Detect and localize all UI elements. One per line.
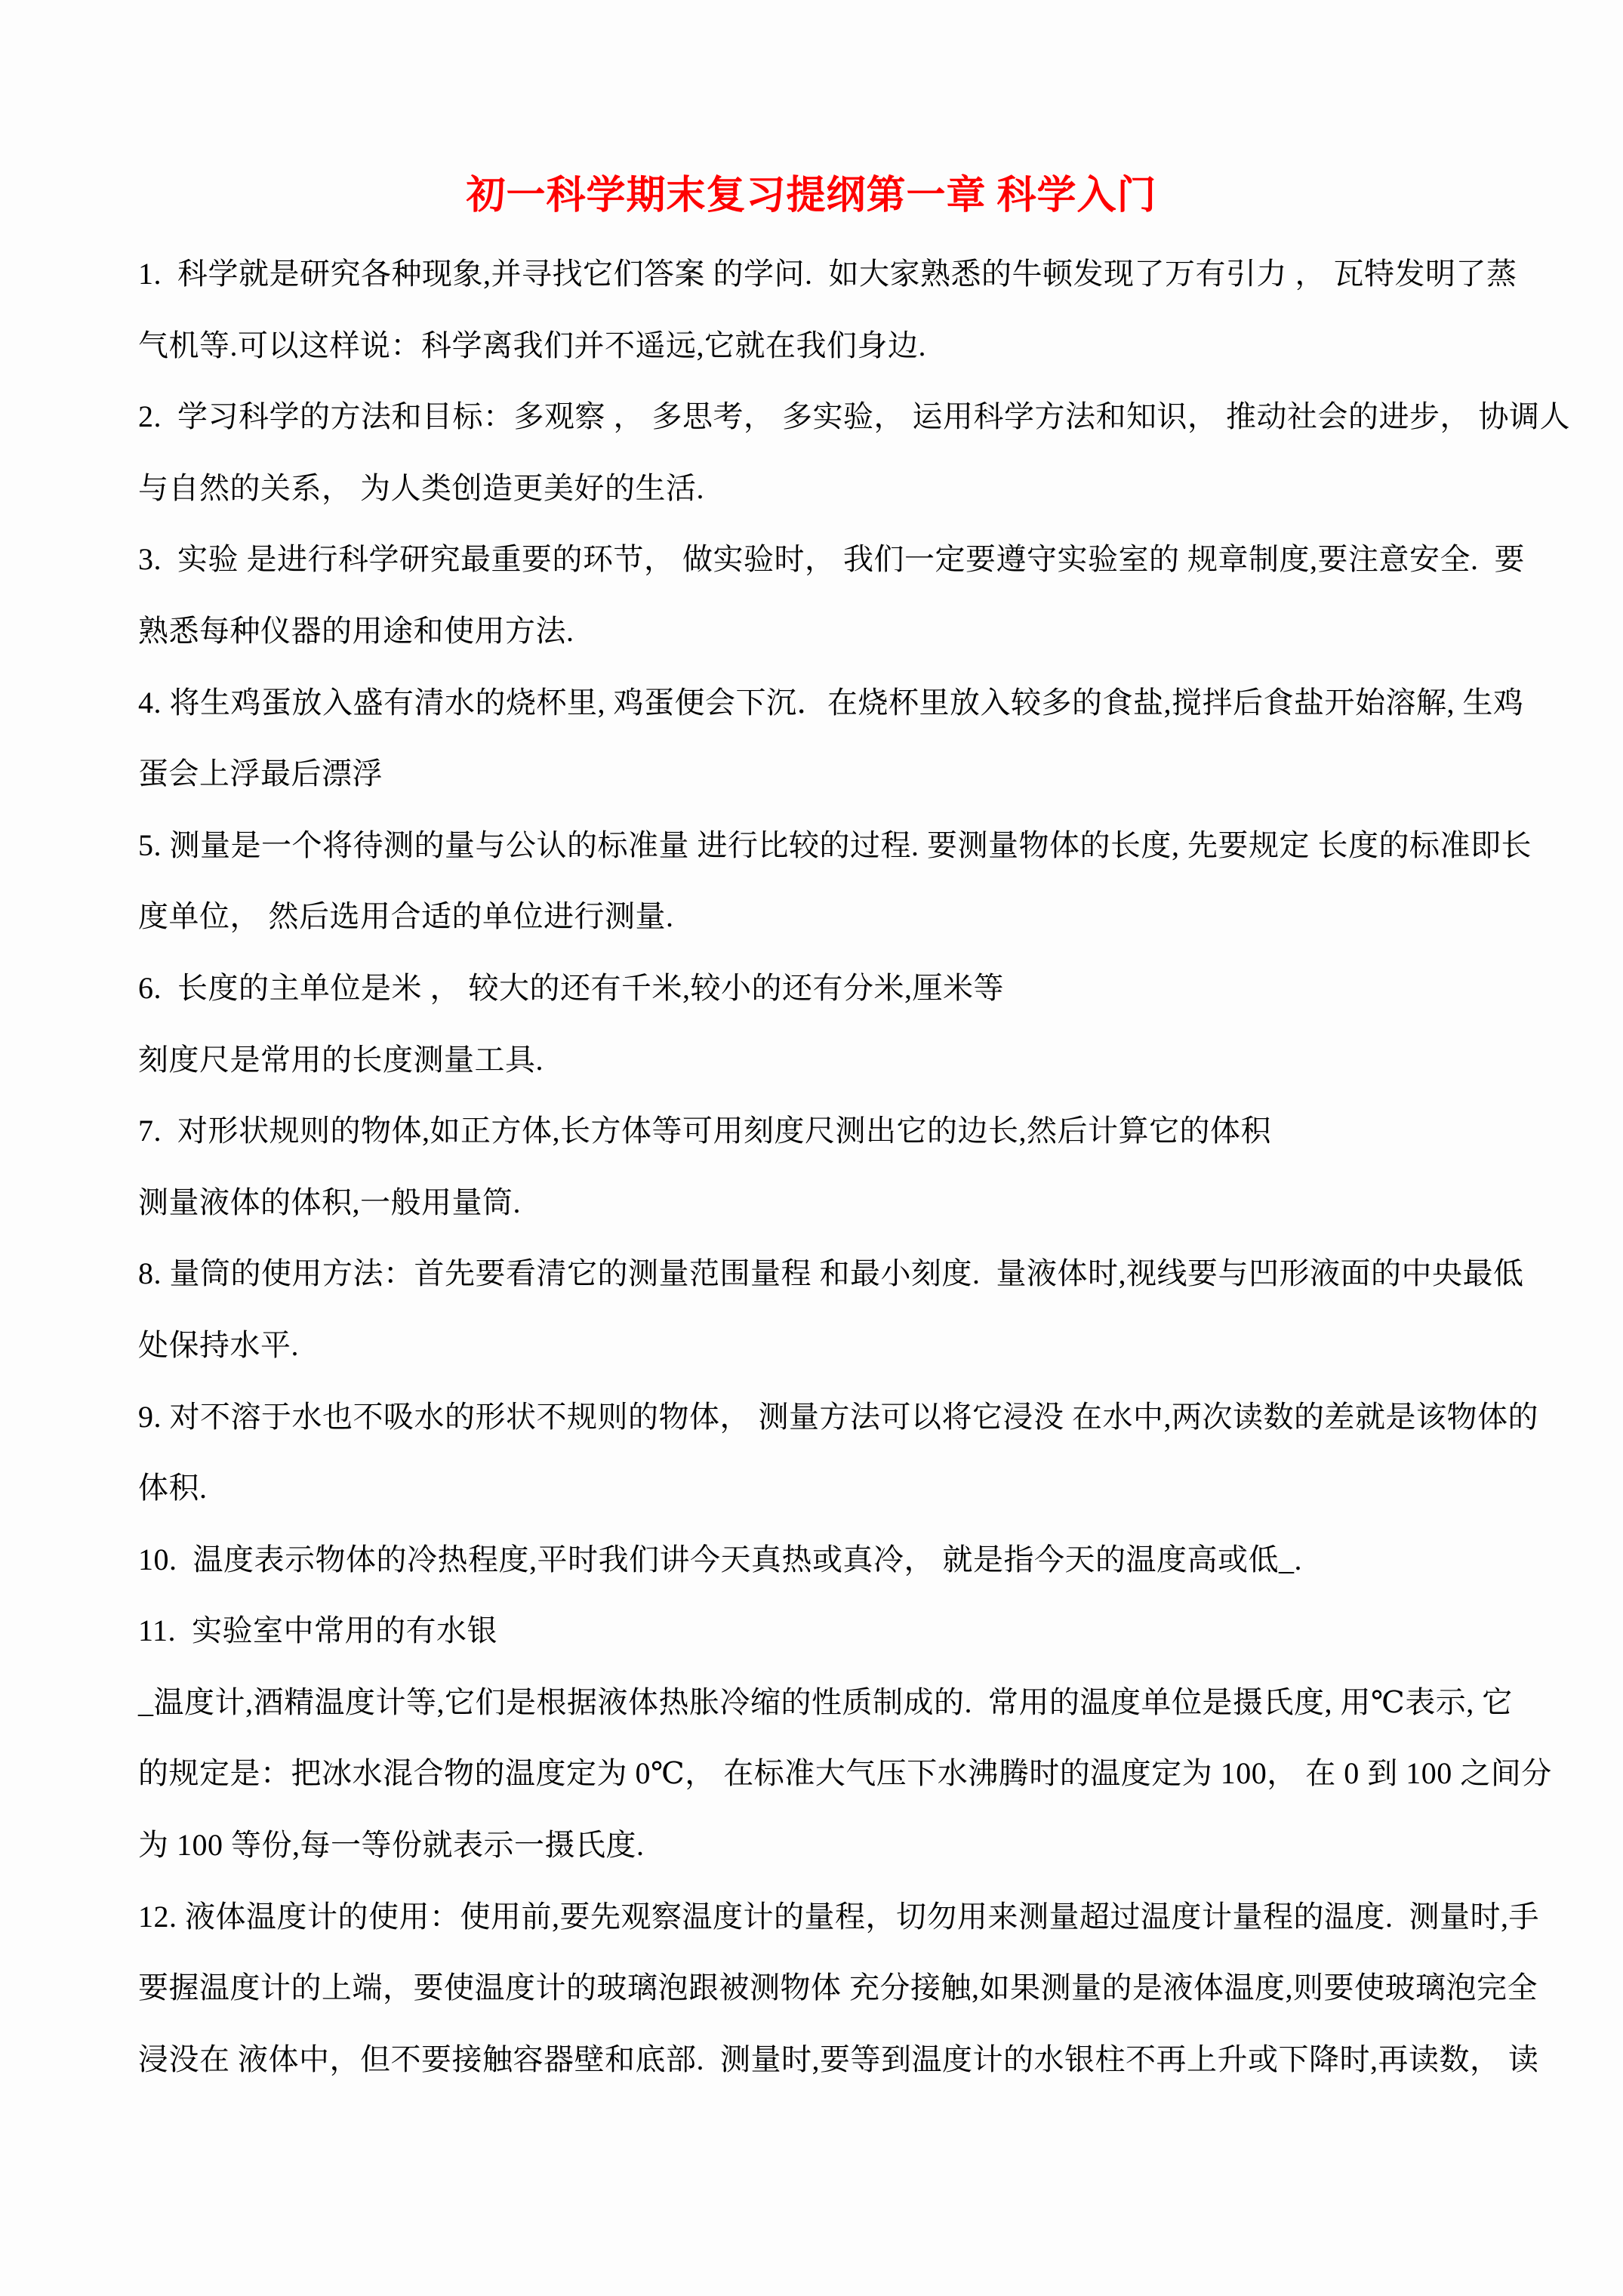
text-line: 5. 测量是一个将待测的量与公认的标准量 进行比较的过程. 要测量物体的长度, … (138, 810, 1510, 882)
text-line: 蛋会上浮最后漂浮 (138, 738, 1510, 810)
text-line: 熟悉每种仪器的用途和使用方法. (138, 596, 1510, 667)
page-title: 初一科学期末复习提纲第一章 科学入门 (0, 172, 1623, 220)
text-line: 浸没在 液体中，但不要接触容器壁和底部. 测量时,要等到温度计的水银柱不再上升或… (138, 2024, 1510, 2096)
text-line: 测量液体的体积,一般用量筒. (138, 1167, 1510, 1239)
text-line: 10. 温度表示物体的冷热程度,平时我们讲今天真热或真冷， 就是指今天的温度高或… (138, 1524, 1510, 1596)
text-line: 9. 对不溶于水也不吸水的形状不规则的物体， 测量方法可以将它浸没 在水中,两次… (138, 1382, 1510, 1453)
text-line: 3. 实验 是进行科学研究最重要的环节， 做实验时， 我们一定要遵守实验室的 规… (138, 524, 1510, 596)
document-page: 初一科学期末复习提纲第一章 科学入门 1. 科学就是研究各种现象,并寻找它们答案… (0, 0, 1623, 2296)
text-line: _温度计,酒精温度计等,它们是根据液体热胀冷缩的性质制成的. 常用的温度单位是摄… (138, 1667, 1510, 1739)
text-line: 气机等.可以这样说：科学离我们并不遥远,它就在我们身边. (138, 310, 1510, 382)
text-line: 刻度尺是常用的长度测量工具. (138, 1025, 1510, 1096)
text-line: 4. 将生鸡蛋放入盛有清水的烧杯里, 鸡蛋便会下沉．在烧杯里放入较多的食盐,搅拌… (138, 667, 1510, 739)
text-line: 要握温度计的上端，要使温度计的玻璃泡跟被测物体 充分接触,如果测量的是液体温度,… (138, 1952, 1510, 2024)
text-line: 8. 量筒的使用方法：首先要看清它的测量范围量程 和最小刻度. 量液体时,视线要… (138, 1238, 1510, 1310)
text-line: 12. 液体温度计的使用：使用前,要先观察温度计的量程，切勿用来测量超过温度计量… (138, 1881, 1510, 1953)
text-line: 体积. (138, 1453, 1510, 1524)
text-line: 2. 学习科学的方法和目标：多观察 ， 多思考， 多实验， 运用科学方法和知识，… (138, 381, 1510, 453)
text-line: 6. 长度的主单位是米 ， 较大的还有千米,较小的还有分米,厘米等 (138, 953, 1510, 1025)
text-line: 7. 对形状规则的物体,如正方体,长方体等可用刻度尺测出它的边长,然后计算它的体… (138, 1096, 1510, 1167)
text-line: 1. 科学就是研究各种现象,并寻找它们答案 的学问. 如大家熟悉的牛顿发现了万有… (138, 239, 1510, 310)
text-line: 与自然的关系， 为人类创造更美好的生活. (138, 453, 1510, 525)
text-line: 的规定是：把冰水混合物的温度定为 0℃， 在标准大气压下水沸腾时的温度定为 10… (138, 1738, 1510, 1810)
text-line: 处保持水平. (138, 1310, 1510, 1382)
document-body: 1. 科学就是研究各种现象,并寻找它们答案 的学问. 如大家熟悉的牛顿发现了万有… (138, 239, 1510, 2095)
text-line: 11. 实验室中常用的有水银 (138, 1595, 1510, 1667)
text-line: 度单位， 然后选用合适的单位进行测量. (138, 881, 1510, 953)
text-line: 为 100 等份,每一等份就表示一摄氏度. (138, 1810, 1510, 1881)
